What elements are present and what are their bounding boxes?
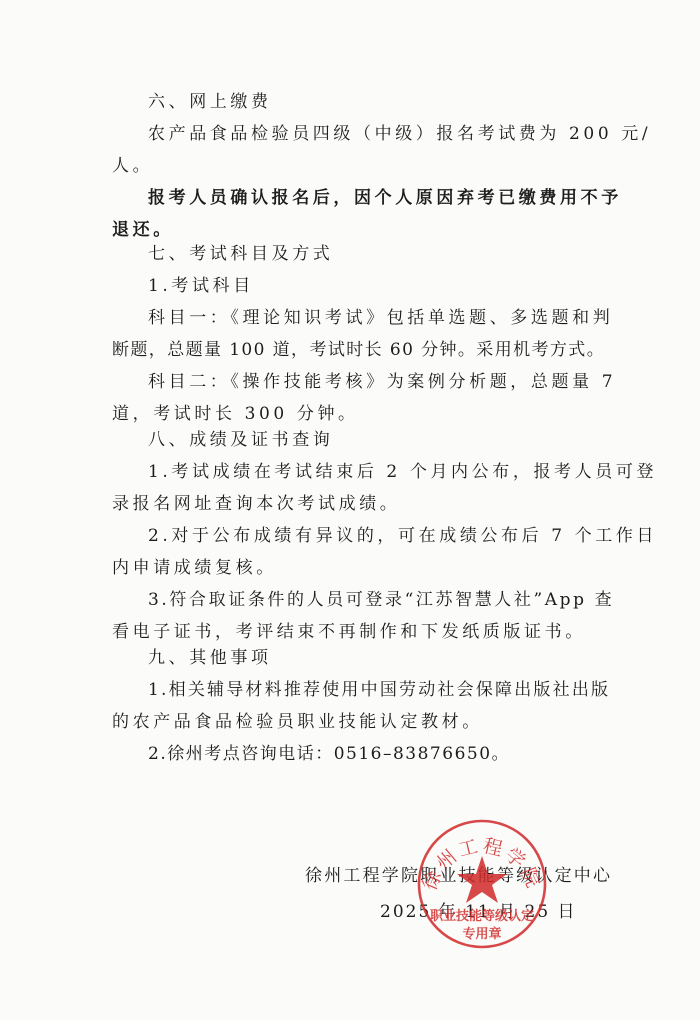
section-heading-9: 九、其他事项 (148, 648, 272, 668)
refund-notice-line-2: 退还。 (112, 220, 174, 240)
subject-two-line-2: 道，考试时长 300 分钟。 (112, 404, 359, 424)
other-item-1-line-1: 1.相关辅导材料推荐使用中国劳动社会保障出版社出版 (148, 680, 610, 700)
other-item-1-line-2: 的农产品食品检验员职业技能认定教材。 (112, 712, 483, 732)
results-item-3-line-1: 3.符合取证条件的人员可登录“江苏智慧人社”App 查 (148, 590, 614, 610)
subject-one-line-2: 断题，总题量 100 道，考试时长 60 分钟。采用机考方式。 (112, 340, 605, 360)
seal-label: 专用章 (462, 926, 501, 942)
results-item-3-line-2: 看电子证书，考评结束不再制作和下发纸质版证书。 (112, 622, 586, 642)
results-item-1-line-1: 1.考试成绩在考试结束后 2 个月内公布，报考人员可登 (148, 462, 657, 482)
results-item-2-line-1: 2.对于公布成绩有异议的，可在成绩公布后 7 个工作日 (148, 526, 657, 546)
exam-subjects-subheading: 1.考试科目 (148, 276, 254, 296)
fee-text-line-2: 人。 (112, 156, 153, 176)
document-page: 六、网上缴费 农产品食品检验员四级（中级）报名考试费为 200 元/ 人。 报考… (0, 0, 700, 1020)
refund-notice-line-1: 报考人员确认报名后，因个人原因弃考已缴费用不予 (148, 188, 622, 208)
section-heading-8: 八、成绩及证书查询 (148, 430, 333, 450)
seal-bottom-text: 职业技能等级认定 (430, 908, 534, 924)
official-seal-stamp: 徐州工程学院 职业技能等级认定 专用章 (416, 818, 548, 950)
subject-two-line-1: 科目二：《操作技能考核》为案例分析题，总题量 7 (148, 372, 616, 392)
contact-phone-line: 2.徐州考点咨询电话：0516–83876650。 (148, 744, 510, 764)
subject-one-line-1: 科目一：《理论知识考试》包括单选题、多选题和判 (148, 308, 613, 328)
results-item-1-line-2: 录报名网址查询本次考试成绩。 (112, 494, 400, 514)
section-heading-6: 六、网上缴费 (148, 92, 272, 112)
section-heading-7: 七、考试科目及方式 (148, 244, 333, 264)
star-icon (457, 856, 507, 903)
fee-text-line-1: 农产品食品检验员四级（中级）报名考试费为 200 元/ (148, 124, 651, 144)
results-item-2-line-2: 内申请成绩复核。 (112, 558, 277, 578)
